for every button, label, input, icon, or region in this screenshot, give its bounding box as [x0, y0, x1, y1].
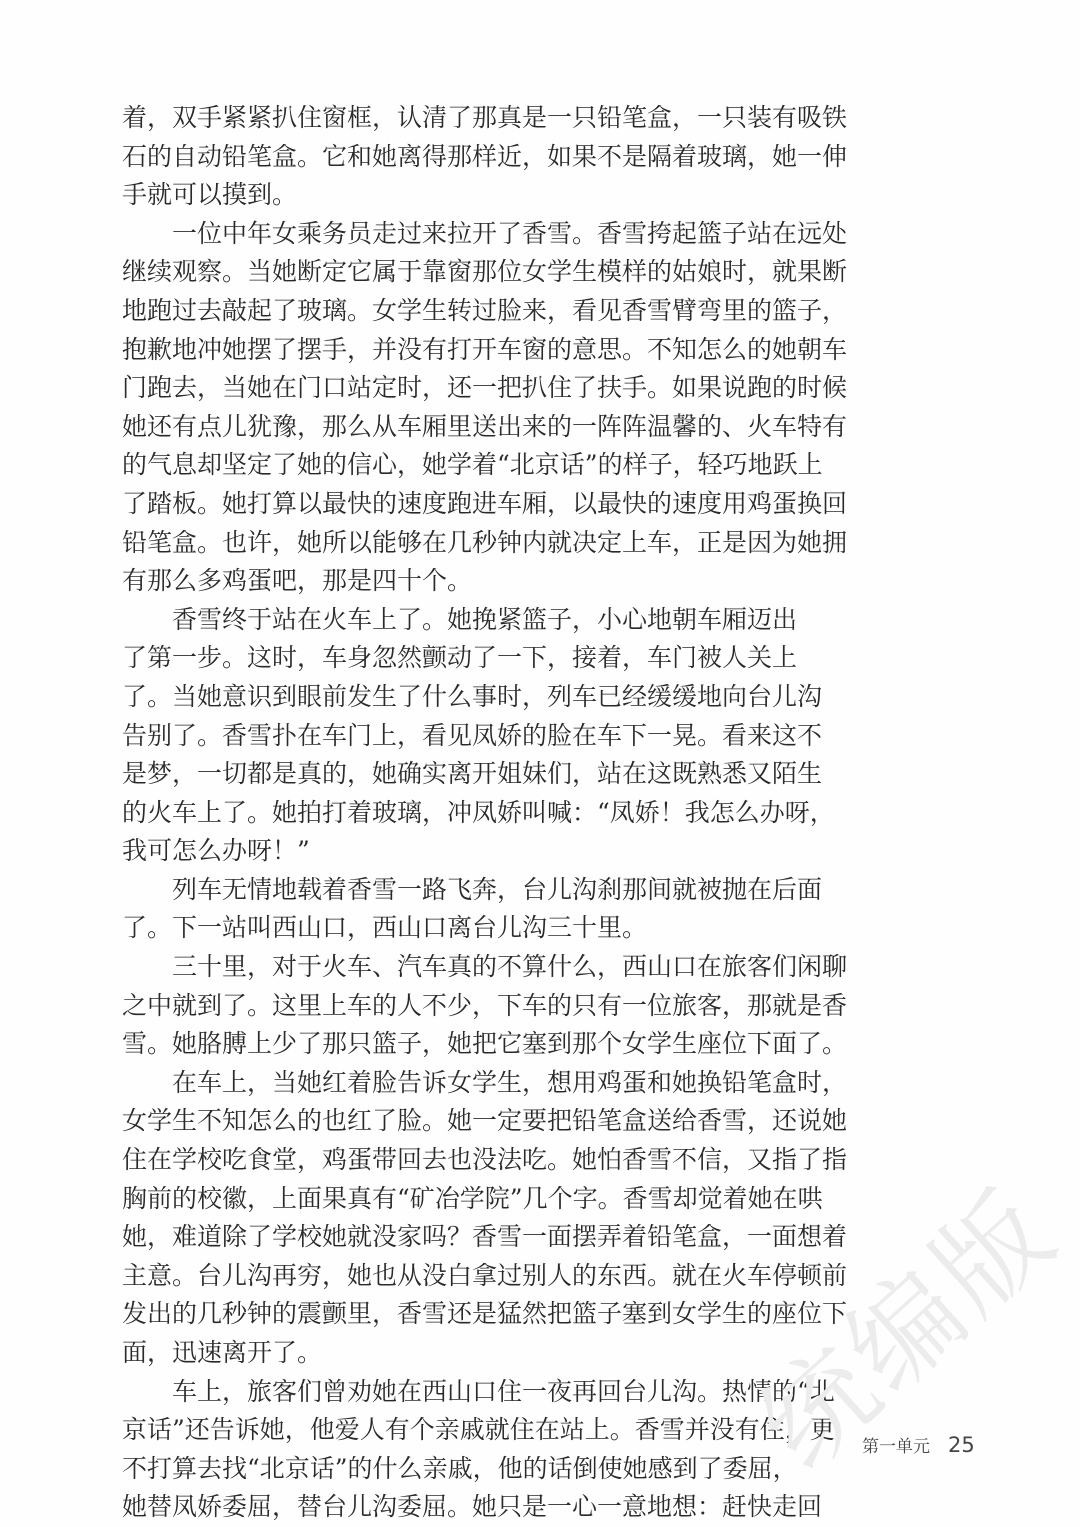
text-line: 之中就到了。这里上车的人不少，下车的只有一位旅客，那就是香	[122, 987, 754, 1026]
text-line: 抱歉地冲她摆了摆手，并没有打开车窗的意思。不知怎么的她朝车	[122, 331, 754, 370]
text-line: 她还有点儿犹豫，那么从车厢里送出来的一阵阵温馨的、火车特有	[122, 408, 754, 447]
text-line: 胸前的校徽，上面果真有“矿冶学院”几个字。香雪却觉着她在哄	[122, 1180, 754, 1219]
text-line: 有那么多鸡蛋吧，那是四十个。	[122, 562, 754, 601]
text-line: 三十里，对于火车、汽车真的不算什么，西山口在旅客们闲聊	[122, 948, 754, 987]
text-line: 住在学校吃食堂，鸡蛋带回去也没法吃。她怕香雪不信，又指了指	[122, 1141, 754, 1180]
text-line: 主意。台儿沟再穷，她也从没白拿过别人的东西。就在火车停顿前	[122, 1257, 754, 1296]
text-line: 是梦，一切都是真的，她确实离开姐妹们，站在这既熟悉又陌生	[122, 755, 754, 794]
text-line: 车上，旅客们曾劝她在西山口住一夜再回台儿沟。热情的“北	[122, 1373, 754, 1412]
text-line: 我可怎么办呀！”	[122, 832, 754, 871]
text-line: 女学生不知怎么的也红了脸。她一定要把铅笔盒送给香雪，还说她	[122, 1102, 754, 1141]
text-line: 门跑去，当她在门口站定时，还一把扒住了扶手。如果说跑的时候	[122, 369, 754, 408]
text-line: 不打算去找“北京话”的什么亲戚，他的话倒使她感到了委屈，	[122, 1450, 754, 1489]
text-line: 她，难道除了学校她就没家吗？香雪一面摆弄着铅笔盒，一面想着	[122, 1218, 754, 1257]
text-line: 雪。她胳膊上少了那只篮子，她把它塞到那个女学生座位下面了。	[122, 1025, 754, 1064]
text-line: 列车无情地载着香雪一路飞奔，台儿沟刹那间就被抛在后面	[122, 871, 754, 910]
text-line: 了踏板。她打算以最快的速度跑进车厢，以最快的速度用鸡蛋换回	[122, 485, 754, 524]
text-line: 在车上，当她红着脸告诉女学生，想用鸡蛋和她换铅笔盒时，	[122, 1064, 754, 1103]
text-line: 她替凤娇委屈，替台儿沟委屈。她只是一心一意地想：赶快走回	[122, 1488, 754, 1527]
body-text: 着，双手紧紧扒住窗框，认清了那真是一只铅笔盒，一只装有吸铁石的自动铅笔盒。它和她…	[122, 99, 754, 1527]
text-line: 的火车上了。她拍打着玻璃，冲凤娇叫喊：“凤娇！我怎么办呀，	[122, 794, 754, 833]
text-line: 香雪终于站在火车上了。她挽紧篮子，小心地朝车厢迈出	[122, 601, 754, 640]
text-line: 告别了。香雪扑在车门上，看见凤娇的脸在车下一晃。看来这不	[122, 717, 754, 756]
page-footer: 第一单元 25	[862, 1432, 975, 1457]
text-line: 了。下一站叫西山口，西山口离台儿沟三十里。	[122, 909, 754, 948]
text-line: 石的自动铅笔盒。它和她离得那样近，如果不是隔着玻璃，她一伸	[122, 138, 754, 177]
textbook-page: 着，双手紧紧扒住窗框，认清了那真是一只铅笔盒，一只装有吸铁石的自动铅笔盒。它和她…	[0, 0, 1080, 1527]
text-line: 面，迅速离开了。	[122, 1334, 754, 1373]
unit-label: 第一单元	[862, 1432, 930, 1457]
text-line: 发出的几秒钟的震颤里，香雪还是猛然把篮子塞到女学生的座位下	[122, 1295, 754, 1334]
text-line: 的气息却坚定了她的信心，她学着“北京话”的样子，轻巧地跃上	[122, 446, 754, 485]
text-line: 京话”还告诉她，他爱人有个亲戚就住在站上。香雪并没有住，更	[122, 1411, 754, 1450]
text-line: 继续观察。当她断定它属于靠窗那位女学生模样的姑娘时，就果断	[122, 253, 754, 292]
text-line: 手就可以摸到。	[122, 176, 754, 215]
text-line: 地跑过去敲起了玻璃。女学生转过脸来，看见香雪臂弯里的篮子，	[122, 292, 754, 331]
text-line: 了。当她意识到眼前发生了什么事时，列车已经缓缓地向台儿沟	[122, 678, 754, 717]
text-line: 着，双手紧紧扒住窗框，认清了那真是一只铅笔盒，一只装有吸铁	[122, 99, 754, 138]
text-line: 铅笔盒。也许，她所以能够在几秒钟内就决定上车，正是因为她拥	[122, 524, 754, 563]
text-line: 一位中年女乘务员走过来拉开了香雪。香雪挎起篮子站在远处	[122, 215, 754, 254]
text-line: 了第一步。这时，车身忽然颤动了一下，接着，车门被人关上	[122, 639, 754, 678]
page-number: 25	[948, 1433, 975, 1457]
